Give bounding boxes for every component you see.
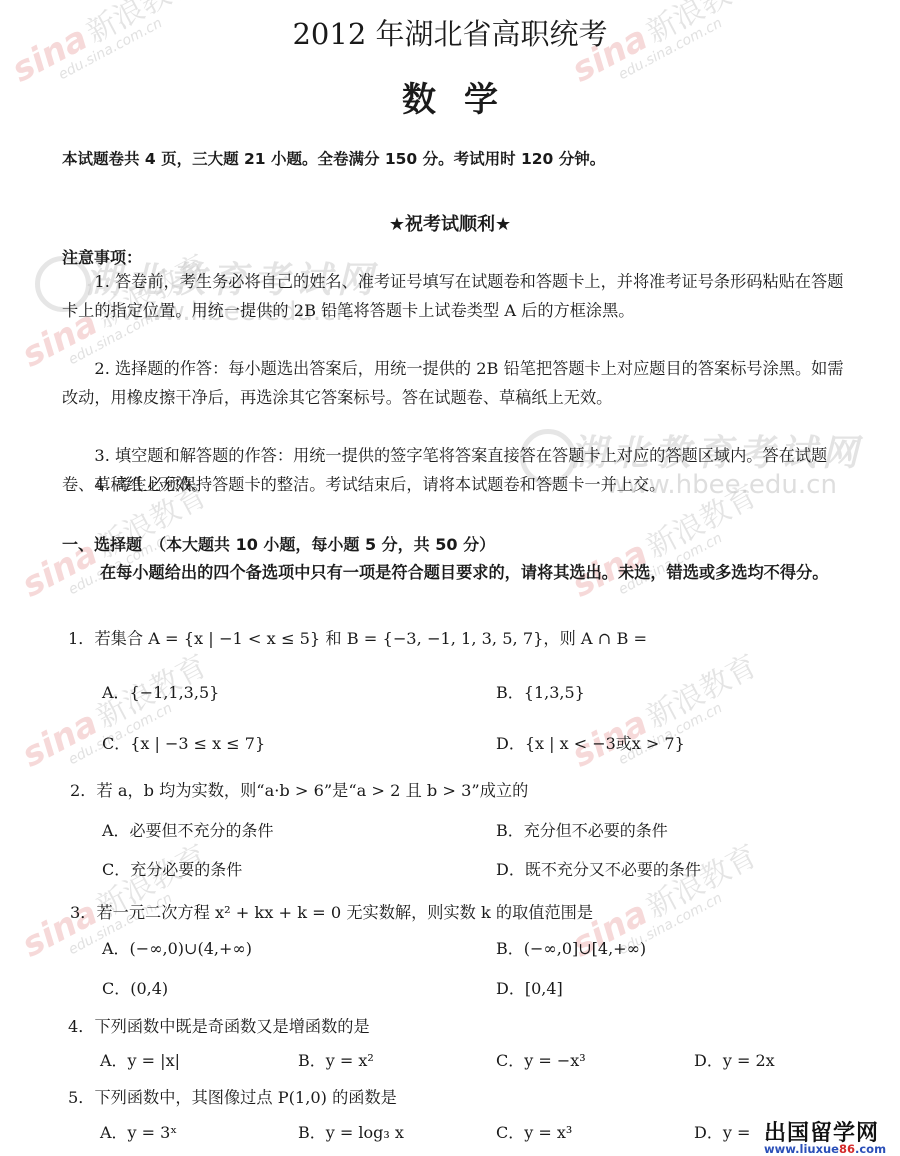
option-a: A．(−∞,0)∪(4,+∞): [102, 936, 252, 959]
option-d: D．y =: [694, 1120, 750, 1143]
option-a: A．y = |x|: [100, 1048, 180, 1071]
blessing: ★祝考试顺利★: [0, 210, 900, 236]
option-d: D．既不充分又不必要的条件: [496, 857, 701, 880]
site-corner-mark: 出国留学网 www.liuxue86.com: [760, 1118, 900, 1156]
question-stem: 2．若 a，b 均为实数，则“a·b > 6”是“a > 2 且 b > 3”成…: [70, 777, 528, 801]
note-item: 2. 选择题的作答：每小题选出答案后，用统一提供的 2B 铅笔把答题卡上对应题目…: [62, 354, 847, 412]
note-item: 1. 答卷前，考生务必将自己的姓名、准考证号填写在试题卷和答题卡上，并将准考证号…: [62, 267, 847, 325]
subject-title: 数学: [0, 72, 900, 121]
option-c: C．y = −x³: [496, 1048, 586, 1071]
option-b: B．{1,3,5}: [496, 680, 585, 703]
notes-heading: 注意事项：: [62, 245, 142, 268]
site-url: www.liuxue86.com: [764, 1142, 886, 1156]
option-d: D．{x | x < −3或x > 7}: [496, 731, 685, 754]
note-item: 4. 考生必须保持答题卡的整洁。考试结束后，请将本试题卷和答题卡一并上交。: [62, 470, 847, 499]
sina-watermark: sina新浪教育 edu.sina.com.cn: [564, 641, 770, 786]
option-a: A．{−1,1,3,5}: [102, 680, 219, 703]
option-a: A．必要但不充分的条件: [102, 818, 274, 841]
sina-watermark: sina新浪教育 edu.sina.com.cn: [14, 641, 220, 786]
option-b: B．充分但不必要的条件: [496, 818, 668, 841]
section-description: 在每小题给出的四个备选项中只有一项是符合题目要求的，请将其选出。未选，错选或多选…: [100, 558, 840, 587]
question-stem: 5．下列函数中，其图像过点 P(1,0) 的函数是: [68, 1084, 397, 1108]
section-heading: 一、选择题 （本大题共 10 小题，每小题 5 分，共 50 分）: [62, 532, 495, 555]
option-d: D．[0,4]: [496, 976, 563, 999]
question-stem: 1．若集合 A = {x | −1 < x ≤ 5} 和 B = {−3, −1…: [68, 625, 647, 649]
option-c: C．y = x³: [496, 1120, 572, 1143]
option-b: B．y = x²: [298, 1048, 374, 1071]
exam-title: 2012 年湖北省高职统考: [0, 12, 900, 53]
option-b: B．y = log₃ x: [298, 1120, 404, 1143]
option-c: C．(0,4): [102, 976, 168, 999]
exam-intro: 本试题卷共 4 页，三大题 21 小题。全卷满分 150 分。考试用时 120 …: [62, 147, 605, 169]
option-a: A．y = 3ˣ: [100, 1120, 177, 1143]
option-c: C．充分必要的条件: [102, 857, 242, 880]
option-b: B．(−∞,0]∪[4,+∞): [496, 936, 646, 959]
option-d: D．y = 2x: [694, 1048, 775, 1071]
option-c: C．{x | −3 ≤ x ≤ 7}: [102, 731, 265, 754]
question-stem: 3．若一元二次方程 x² + kx + k = 0 无实数解，则实数 k 的取值…: [70, 899, 593, 923]
question-stem: 4．下列函数中既是奇函数又是增函数的是: [68, 1013, 370, 1037]
